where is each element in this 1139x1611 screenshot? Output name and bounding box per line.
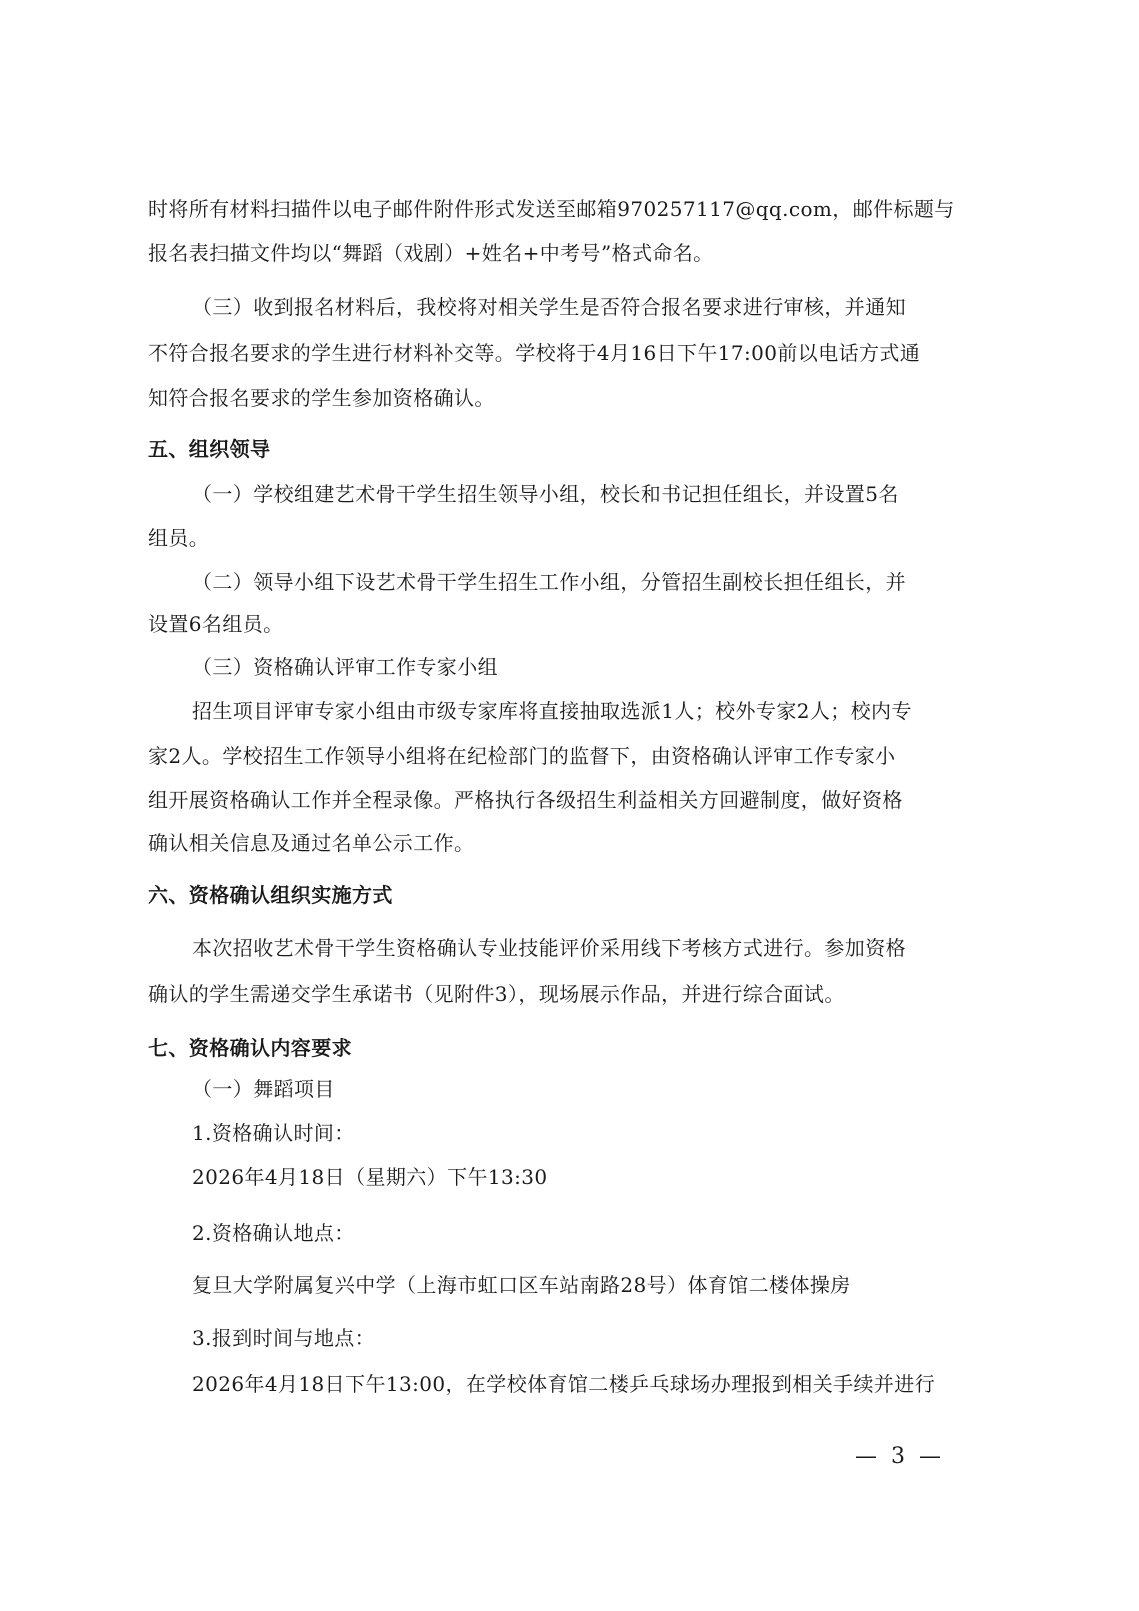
list-item-label: 3.报到时间与地点： — [192, 1326, 375, 1350]
list-item-value: 2026年4月18日（星期六）下午13:30 — [192, 1165, 548, 1189]
document-page: 时将所有材料扫描件以电子邮件附件形式发送至邮箱970257117@qq.com，… — [0, 0, 1139, 1611]
section-heading-6: 六、资格确认组织实施方式 — [148, 883, 393, 907]
section-heading-7: 七、资格确认内容要求 — [148, 1036, 352, 1060]
paragraph-line: 报名表扫描文件均以“舞蹈（戏剧）+姓名+中考号”格式命名。 — [148, 241, 714, 265]
subsection-heading: （三）资格确认评审工作专家小组 — [192, 655, 498, 679]
paragraph-line: （三）收到报名材料后，我校将对相关学生是否符合报名要求进行审核，并通知 — [192, 295, 906, 319]
paragraph-line: 组开展资格确认工作并全程录像。严格执行各级招生利益相关方回避制度，做好资格 — [148, 788, 903, 812]
list-item-value: 2026年4月18日下午13:00，在学校体育馆二楼乒乓球场办理报到相关手续并进… — [192, 1372, 935, 1396]
section-heading-5: 五、组织领导 — [148, 437, 270, 461]
page-number: — 3 — — [855, 1444, 941, 1470]
subsection-heading: （一）舞蹈项目 — [192, 1077, 335, 1101]
list-item-value: 复旦大学附属复兴中学（上海市虹口区车站南路28号）体育馆二楼体操房 — [192, 1273, 851, 1297]
paragraph-line: 知符合报名要求的学生参加资格确认。 — [148, 386, 495, 410]
paragraph-line: 确认的学生需递交学生承诺书（见附件3），现场展示作品，并进行综合面试。 — [148, 982, 845, 1006]
paragraph-line: 组员。 — [148, 526, 209, 550]
paragraph-line: 家2人。学校招生工作领导小组将在纪检部门的监督下，由资格确认评审工作专家小 — [148, 744, 896, 768]
paragraph-line: 设置6名组员。 — [148, 612, 284, 636]
paragraph-line: 本次招收艺术骨干学生资格确认专业技能评价采用线下考核方式进行。参加资格 — [192, 936, 906, 960]
paragraph-line: （二）领导小组下设艺术骨干学生招生工作小组，分管招生副校长担任组长，并 — [192, 570, 906, 594]
paragraph-line: 时将所有材料扫描件以电子邮件附件形式发送至邮箱970257117@qq.com，… — [148, 197, 955, 221]
paragraph-line: 不符合报名要求的学生进行材料补交等。学校将于4月16日下午17:00前以电话方式… — [148, 341, 920, 365]
paragraph-line: 招生项目评审专家小组由市级专家库将直接抽取选派1人；校外专家2人；校内专 — [192, 699, 912, 723]
paragraph-line: 确认相关信息及通过名单公示工作。 — [148, 831, 474, 855]
list-item-label: 2.资格确认地点： — [192, 1221, 355, 1245]
list-item-label: 1.资格确认时间： — [192, 1121, 355, 1145]
paragraph-line: （一）学校组建艺术骨干学生招生领导小组，校长和书记担任组长，并设置5名 — [192, 482, 899, 506]
